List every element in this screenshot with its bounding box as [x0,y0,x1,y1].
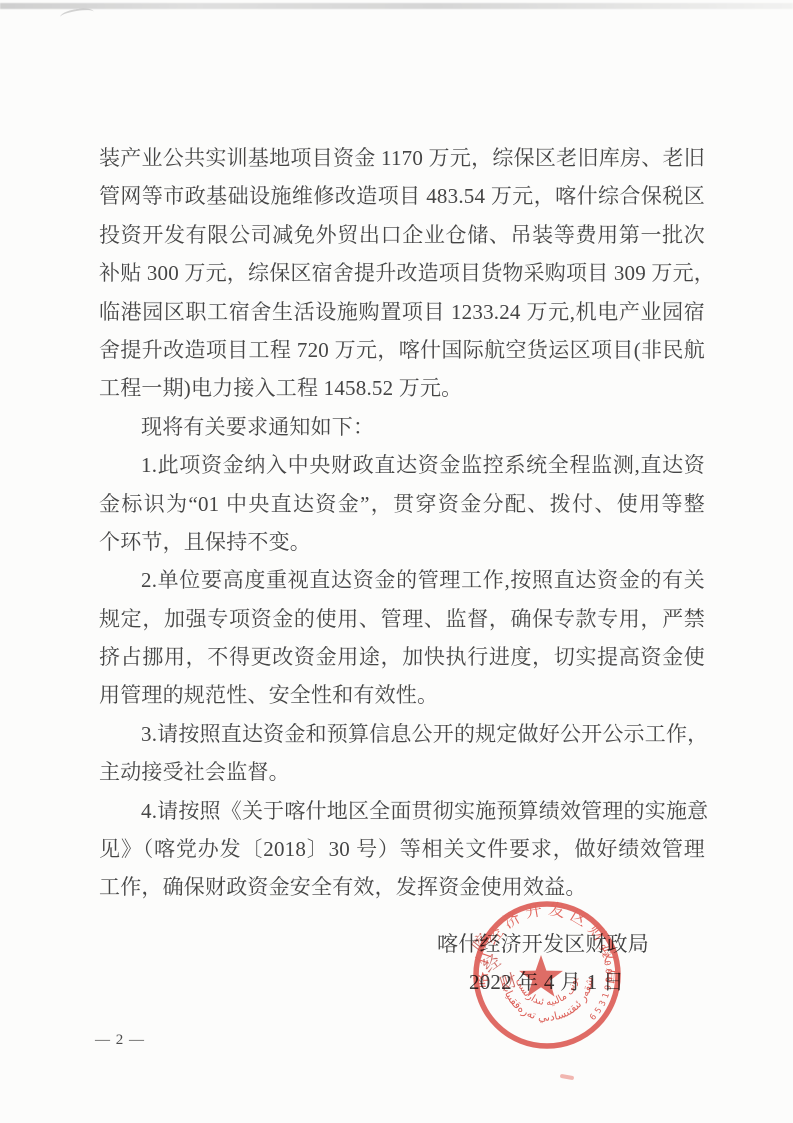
body-line: 现将有关要求通知如下： [99,408,705,446]
body-line: 用管理的规范性、安全性和有效性。 [99,676,705,714]
body-line: 见》（喀党办发〔2018〕30 号）等相关文件要求，做好绩效管理 [99,830,705,868]
body-line: 挤占挪用，不得更改资金用途，加快执行进度，切实提高资金使 [99,638,705,676]
seal-ink-fleck [560,1074,574,1080]
body-line: 装产业公共实训基地项目资金 1170 万元，综保区老旧库房、老旧 [99,139,705,177]
document-body: 装产业公共实训基地项目资金 1170 万元，综保区老旧库房、老旧 管网等市政基础… [99,139,705,907]
body-line: 主动接受社会监督。 [99,753,705,791]
body-line: 个环节，且保持不变。 [99,523,705,561]
body-line: 1.此项资金纳入中央财政直达资金监控系统全程监测,直达资 [99,446,705,484]
page-number: — 2 — [95,1030,145,1050]
document-page: 装产业公共实训基地项目资金 1170 万元，综保区老旧库房、老旧 管网等市政基础… [0,0,793,1123]
body-line: 3.请按照直达资金和预算信息公开的规定做好公开公示工作， [99,715,705,753]
body-line: 投资开发有限公司减免外贸出口企业仓储、吊装等费用第一批次 [99,216,705,254]
body-line: 管网等市政基础设施维修改造项目 483.54 万元，喀什综合保税区 [99,177,705,215]
body-line: 工程一期)电力接入工程 1458.52 万元。 [99,369,705,407]
body-line: 金标识为“01 中央直达资金”，贯穿资金分配、拨付、使用等整 [99,485,705,523]
body-line: 舍提升改造项目工程 720 万元，喀什国际航空货运区项目(非民航 [99,331,705,369]
scan-artifact-top-band [0,3,793,9]
official-seal: 喀什经济开发区财政局 6531900026 قەشقەر ئىقتىسادىي … [458,895,638,1065]
body-line: 补贴 300 万元，综保区宿舍提升改造项目货物采购项目 309 万元， [99,254,705,292]
body-line: 临港园区职工宿舍生活设施购置项目 1233.24 万元,机电产业园宿 [99,293,705,331]
body-line: 2.单位要高度重视直达资金的管理工作,按照直达资金的有关 [99,561,705,599]
body-line: 4.请按照《关于喀什地区全面贯彻实施预算绩效管理的实施意 [99,792,705,830]
body-line: 规定，加强专项资金的使用、管理、监督，确保专款专用，严禁 [99,600,705,638]
